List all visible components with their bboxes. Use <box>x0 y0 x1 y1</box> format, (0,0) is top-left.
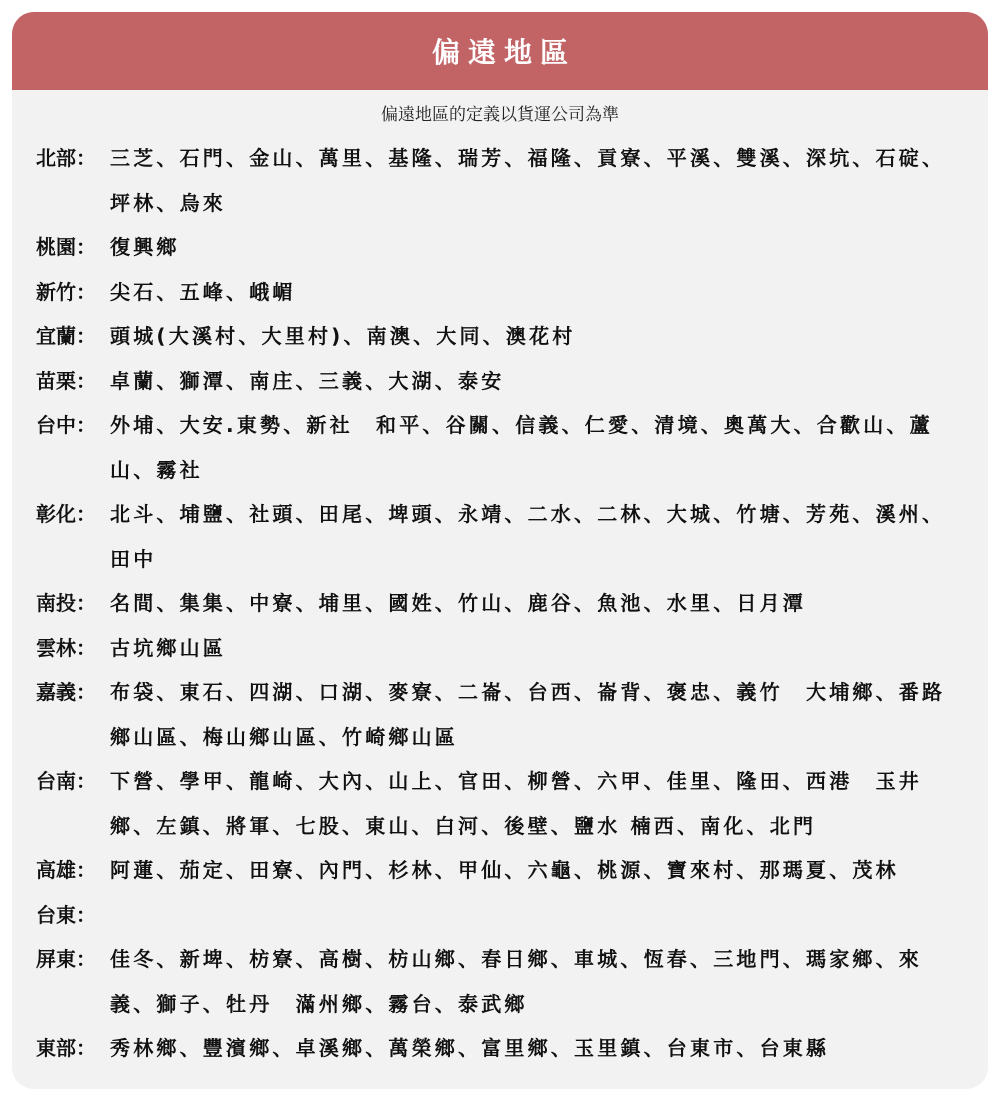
region-places: 卓蘭、獅潭、南庄、三義、大湖、泰安 <box>110 359 966 404</box>
region-label: 南投： <box>36 581 110 626</box>
region-row-taitung: 台東： <box>36 893 966 938</box>
region-list: 北部： 三芝、石門、金山、萬里、基隆、瑞芳、福隆、貢寮、平溪、雙溪、深坑、石碇、… <box>12 128 988 1071</box>
region-row-taichung: 台中： 外埔、大安.東勢、新社 和平、谷關、信義、仁愛、清境、奧萬大、合歡山、蘆… <box>36 403 966 492</box>
card-subtitle: 偏遠地區的定義以貨運公司為準 <box>12 102 988 128</box>
region-label: 台東： <box>36 893 110 938</box>
region-label: 新竹： <box>36 270 110 315</box>
region-places: 下營、學甲、龍崎、大內、山上、官田、柳營、六甲、佳里、隆田、西港 玉井鄉、左鎮、… <box>110 759 966 848</box>
region-row-yilan: 宜蘭： 頭城(大溪村、大里村)、南澳、大同、澳花村 <box>36 314 966 359</box>
region-places: 秀林鄉、豐濱鄉、卓溪鄉、萬榮鄉、富里鄉、玉里鎮、台東市、台東縣 <box>110 1026 966 1071</box>
region-row-changhua: 彰化： 北斗、埔鹽、社頭、田尾、埤頭、永靖、二水、二林、大城、竹塘、芳苑、溪州、… <box>36 492 966 581</box>
region-places: 阿蓮、茄定、田寮、內門、杉林、甲仙、六龜、桃源、寶來村、那瑪夏、茂林 <box>110 848 966 893</box>
region-places: 布袋、東石、四湖、口湖、麥寮、二崙、台西、崙背、褒忠、義竹 大埔鄉、番路鄉山區、… <box>110 670 966 759</box>
region-row-kaohsiung: 高雄： 阿蓮、茄定、田寮、內門、杉林、甲仙、六龜、桃源、寶來村、那瑪夏、茂林 <box>36 848 966 893</box>
region-row-yunlin: 雲林： 古坑鄉山區 <box>36 626 966 671</box>
region-label: 嘉義： <box>36 670 110 715</box>
region-places: 名間、集集、中寮、埔里、國姓、竹山、鹿谷、魚池、水里、日月潭 <box>110 581 966 626</box>
region-row-east: 東部： 秀林鄉、豐濱鄉、卓溪鄉、萬榮鄉、富里鄉、玉里鎮、台東市、台東縣 <box>36 1026 966 1071</box>
region-row-pingtung: 屏東： 佳冬、新埤、枋寮、高樹、枋山鄉、春日鄉、車城、恆春、三地門、瑪家鄉、來義… <box>36 937 966 1026</box>
region-label: 東部： <box>36 1026 110 1071</box>
region-places: 頭城(大溪村、大里村)、南澳、大同、澳花村 <box>110 314 966 359</box>
region-label: 雲林： <box>36 626 110 671</box>
region-row-tainan: 台南： 下營、學甲、龍崎、大內、山上、官田、柳營、六甲、佳里、隆田、西港 玉井鄉… <box>36 759 966 848</box>
region-places: 尖石、五峰、峨嵋 <box>110 270 966 315</box>
region-label: 桃園： <box>36 225 110 270</box>
card-title: 偏遠地區 <box>424 31 576 71</box>
region-label: 台中： <box>36 403 110 448</box>
region-label: 高雄： <box>36 848 110 893</box>
region-row-hsinchu: 新竹： 尖石、五峰、峨嵋 <box>36 270 966 315</box>
region-row-north: 北部： 三芝、石門、金山、萬里、基隆、瑞芳、福隆、貢寮、平溪、雙溪、深坑、石碇、… <box>36 136 966 225</box>
region-label: 屏東： <box>36 937 110 982</box>
region-label: 彰化： <box>36 492 110 537</box>
card-header: 偏遠地區 <box>12 12 988 90</box>
region-places: 北斗、埔鹽、社頭、田尾、埤頭、永靖、二水、二林、大城、竹塘、芳苑、溪州、田中 <box>110 492 966 581</box>
region-row-taoyuan: 桃園： 復興鄉 <box>36 225 966 270</box>
remote-areas-card: 偏遠地區 偏遠地區的定義以貨運公司為準 北部： 三芝、石門、金山、萬里、基隆、瑞… <box>12 12 988 1089</box>
region-label: 台南： <box>36 759 110 804</box>
region-row-chiayi: 嘉義： 布袋、東石、四湖、口湖、麥寮、二崙、台西、崙背、褒忠、義竹 大埔鄉、番路… <box>36 670 966 759</box>
region-row-nantou: 南投： 名間、集集、中寮、埔里、國姓、竹山、鹿谷、魚池、水里、日月潭 <box>36 581 966 626</box>
region-places: 古坑鄉山區 <box>110 626 966 671</box>
region-places: 外埔、大安.東勢、新社 和平、谷關、信義、仁愛、清境、奧萬大、合歡山、蘆山、霧社 <box>110 403 966 492</box>
region-label: 苗栗： <box>36 359 110 404</box>
region-label: 宜蘭： <box>36 314 110 359</box>
region-places: 復興鄉 <box>110 225 966 270</box>
region-row-miaoli: 苗栗： 卓蘭、獅潭、南庄、三義、大湖、泰安 <box>36 359 966 404</box>
region-places: 三芝、石門、金山、萬里、基隆、瑞芳、福隆、貢寮、平溪、雙溪、深坑、石碇、坪林、烏… <box>110 136 966 225</box>
region-places: 佳冬、新埤、枋寮、高樹、枋山鄉、春日鄉、車城、恆春、三地門、瑪家鄉、來義、獅子、… <box>110 937 966 1026</box>
region-label: 北部： <box>36 136 110 181</box>
